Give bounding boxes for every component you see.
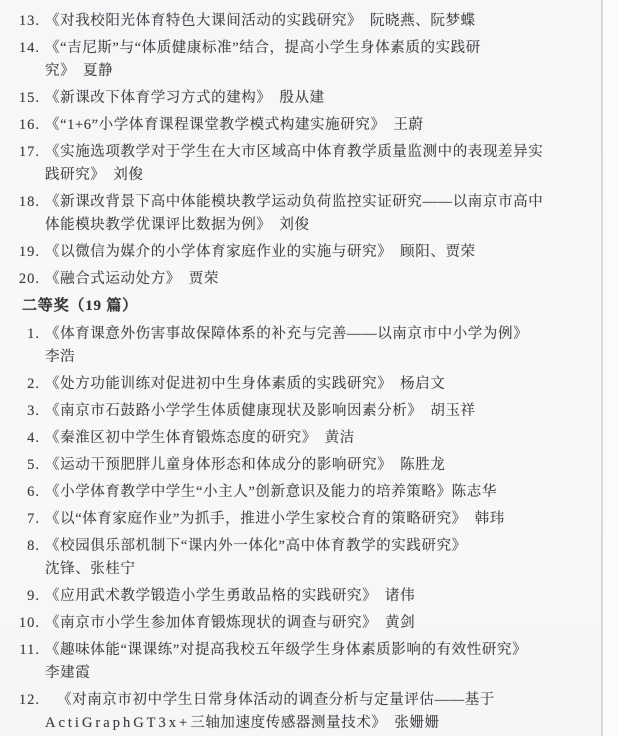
item-number: 4. xyxy=(0,427,40,450)
item-text-continued: 体能模块教学优课评比数据为例》 刘俊 xyxy=(45,214,601,237)
item-text: 《趣味体能“课课练”对提高我校五年级学生身体素质影响的有效性研究》 xyxy=(45,639,601,662)
item-number: 12. xyxy=(0,689,40,712)
item-number: 8. xyxy=(0,535,40,558)
item-number: 1. xyxy=(0,323,40,346)
list-item: 10. 《南京市小学生参加体育锻炼现状的调查与研究》 黄剑 xyxy=(0,612,601,635)
item-number: 19. xyxy=(0,241,40,264)
item-text: 《体育课意外伤害事故保障体系的补充与完善——以南京市中小学为例》 xyxy=(45,323,601,346)
item-text: 《运动干预肥胖儿童身体形态和体成分的影响研究》 陈胜龙 xyxy=(45,454,601,477)
item-text: 《“1+6”小学体育课程课堂教学模式构建实施研究》 王蔚 xyxy=(45,114,601,137)
second-prize-heading: 二等奖（19 篇） xyxy=(22,295,601,318)
list-item: 18. 《新课改背景下高中体能模块教学运动负荷监控实证研究——以南京市高中 体能… xyxy=(0,191,601,237)
item-number: 16. xyxy=(0,114,40,137)
item-text: 《秦淮区初中学生体育锻炼态度的研究》 黄洁 xyxy=(45,427,601,450)
item-text: 《南京市小学生参加体育锻炼现状的调查与研究》 黄剑 xyxy=(45,612,601,635)
list-item: 17. 《实施选项教学对于学生在大市区域高中体育教学质量监测中的表现差异实 践研… xyxy=(0,141,601,187)
item-number: 15. xyxy=(0,87,40,110)
document-content: 13. 《对我校阳光体育特色大课间活动的实践研究》 阮晓燕、阮梦蝶 14. 《“… xyxy=(0,0,601,736)
list-item: 15. 《新课改下体育学习方式的建构》 殷从建 xyxy=(0,87,601,110)
item-text: 《“吉尼斯”与“体质健康标准”结合，提高小学生身体素质的实践研 xyxy=(45,37,601,60)
list-item: 9. 《应用武术教学锻造小学生勇敢品格的实践研究》 诸伟 xyxy=(0,585,601,608)
item-number: 20. xyxy=(0,268,40,291)
list-item: 1. 《体育课意外伤害事故保障体系的补充与完善——以南京市中小学为例》 李浩 xyxy=(0,323,601,369)
item-number: 10. xyxy=(0,612,40,635)
scan-outer-margin xyxy=(603,0,618,736)
item-text: 《小学体育教学中学生“小主人”创新意识及能力的培养策略》陈志华 xyxy=(45,481,601,504)
list-item: 4. 《秦淮区初中学生体育锻炼态度的研究》 黄洁 xyxy=(0,427,601,450)
list-item: 6. 《小学体育教学中学生“小主人”创新意识及能力的培养策略》陈志华 xyxy=(0,481,601,504)
list-item: 3. 《南京市石鼓路小学学生体质健康现状及影响因素分析》 胡玉祥 xyxy=(0,400,601,423)
item-number: 17. xyxy=(0,141,40,164)
item-text: 《实施选项教学对于学生在大市区域高中体育教学质量监测中的表现差异实 xyxy=(45,141,601,164)
item-number: 14. xyxy=(0,37,40,60)
item-number: 2. xyxy=(0,373,40,396)
item-number: 13. xyxy=(0,10,40,33)
list-item: 12. 《对南京市初中学生日常身体活动的调查分析与定量评估——基于 ActiGr… xyxy=(0,689,601,735)
item-text-rest: 三轴加速度传感器测量技术》 张姗姗 xyxy=(190,715,439,731)
item-number: 7. xyxy=(0,508,40,531)
list-item: 8. 《校园俱乐部机制下“课内外一体化”高中体育教学的实践研究》 沈锋、张桂宁 xyxy=(0,535,601,581)
item-text-continued: ActiGraphGT3x+三轴加速度传感器测量技术》 张姗姗 xyxy=(45,712,601,735)
item-text-continued: 李浩 xyxy=(45,346,601,369)
item-number: 18. xyxy=(0,191,40,214)
latin-tech-term: ActiGraphGT3x+ xyxy=(45,715,190,731)
item-number: 5. xyxy=(0,454,40,477)
item-number: 11. xyxy=(0,639,40,662)
item-text-continued: 李建霞 xyxy=(45,662,601,685)
item-number: 3. xyxy=(0,400,40,423)
item-text-continued: 沈锋、张桂宁 xyxy=(45,558,601,581)
list-item: 14. 《“吉尼斯”与“体质健康标准”结合，提高小学生身体素质的实践研 究》 夏… xyxy=(0,37,601,83)
list-item: 7. 《以“体育家庭作业”为抓手，推进小学生家校合育的策略研究》 韩玮 xyxy=(0,508,601,531)
list-item: 5. 《运动干预肥胖儿童身体形态和体成分的影响研究》 陈胜龙 xyxy=(0,454,601,477)
item-text: 《以微信为媒介的小学体育家庭作业的实施与研究》 顾阳、贾荣 xyxy=(45,241,601,264)
item-text: 《以“体育家庭作业”为抓手，推进小学生家校合育的策略研究》 韩玮 xyxy=(45,508,601,531)
list-item: 16. 《“1+6”小学体育课程课堂教学模式构建实施研究》 王蔚 xyxy=(0,114,601,137)
item-text: 《新课改下体育学习方式的建构》 殷从建 xyxy=(45,87,601,110)
item-text-continued: 究》 夏静 xyxy=(45,60,601,83)
scanned-document-page: { "page": { "background_color": "#f7f7f9… xyxy=(0,0,618,736)
list-item: 19. 《以微信为媒介的小学体育家庭作业的实施与研究》 顾阳、贾荣 xyxy=(0,241,601,264)
list-item: 20. 《融合式运动处方》 贾荣 xyxy=(0,268,601,291)
item-text: 《应用武术教学锻造小学生勇敢品格的实践研究》 诸伟 xyxy=(45,585,601,608)
item-number: 6. xyxy=(0,481,40,504)
item-text: 《校园俱乐部机制下“课内外一体化”高中体育教学的实践研究》 xyxy=(45,535,601,558)
item-text: 《融合式运动处方》 贾荣 xyxy=(45,268,601,291)
item-text: 《新课改背景下高中体能模块教学运动负荷监控实证研究——以南京市高中 xyxy=(45,191,601,214)
item-number: 9. xyxy=(0,585,40,608)
page-edge-line xyxy=(601,0,603,736)
item-text: 《对我校阳光体育特色大课间活动的实践研究》 阮晓燕、阮梦蝶 xyxy=(45,10,601,33)
list-item: 11. 《趣味体能“课课练”对提高我校五年级学生身体素质影响的有效性研究》 李建… xyxy=(0,639,601,685)
list-item: 2. 《处方功能训练对促进初中生身体素质的实践研究》 杨启文 xyxy=(0,373,601,396)
item-text-continued: 践研究》 刘俊 xyxy=(45,164,601,187)
item-text: 《南京市石鼓路小学学生体质健康现状及影响因素分析》 胡玉祥 xyxy=(45,400,601,423)
item-text: 《处方功能训练对促进初中生身体素质的实践研究》 杨启文 xyxy=(45,373,601,396)
list-item: 13. 《对我校阳光体育特色大课间活动的实践研究》 阮晓燕、阮梦蝶 xyxy=(0,10,601,33)
item-text: 《对南京市初中学生日常身体活动的调查分析与定量评估——基于 xyxy=(45,689,601,712)
